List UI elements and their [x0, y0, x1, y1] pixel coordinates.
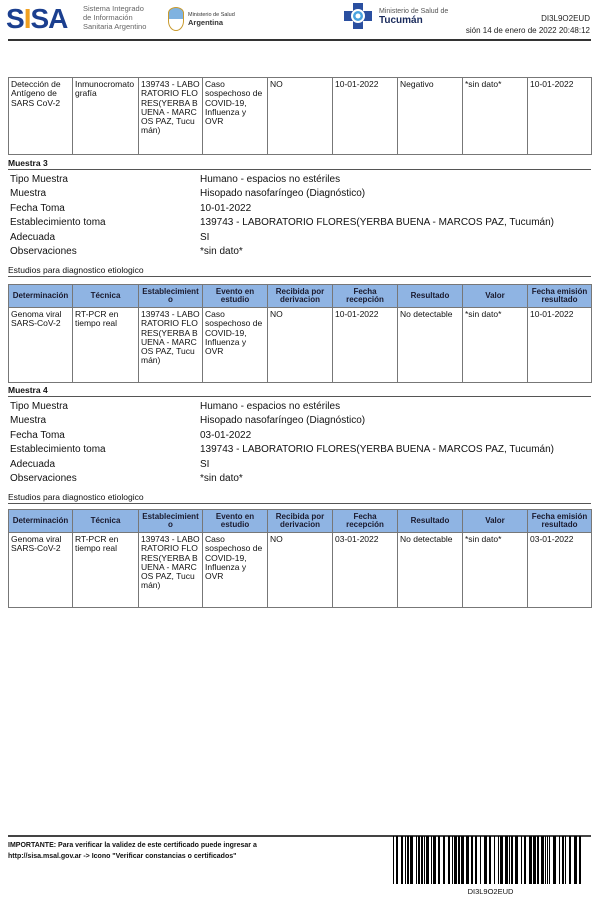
header-recibida: Recibida por derivacion: [268, 285, 333, 308]
argentina-ministry-label: Ministerio de Salud Argentina: [188, 12, 235, 28]
cell-determinacion: Detección de Antígeno de SARS CoV-2: [9, 78, 73, 155]
cell-tecnica: RT-PCR en tiempo real: [73, 533, 139, 608]
header-establecimiento: Establecimiento: [139, 285, 203, 308]
muestra-3-title: Muestra 3: [8, 158, 591, 170]
cell-establecimiento: 139743 - LABORATORIO FLORES(YERBA BUENA …: [139, 78, 203, 155]
muestra-3-studies-title: Estudios para diagnostico etiologico: [8, 265, 591, 277]
barcode: [393, 836, 588, 884]
cell-fecha-emision: 10-01-2022: [528, 308, 592, 383]
document-code: DI3L9O2EUD: [541, 14, 590, 23]
cell-establecimiento: 139743 - LABORATORIO FLORES(YERBA BUENA …: [139, 308, 203, 383]
muestra-4-studies-title: Estudios para diagnostico etiologico: [8, 492, 591, 504]
table-row: Genoma viral SARS-CoV-2 RT-PCR en tiempo…: [9, 308, 592, 383]
previous-study-table: Detección de Antígeno de SARS CoV-2 Inmu…: [8, 77, 592, 155]
detail-row: Establecimiento toma139743 - LABORATORIO…: [8, 217, 591, 231]
detail-row: Fecha Toma10-01-2022: [8, 203, 591, 217]
header-recibida: Recibida por derivacion: [268, 510, 333, 533]
header-tecnica: Técnica: [73, 510, 139, 533]
print-date: sión 14 de enero de 2022 20:48:12: [466, 26, 590, 35]
header-fecha-emision: Fecha emisión resultado: [528, 285, 592, 308]
cell-recibida: NO: [268, 308, 333, 383]
verification-url: http://sisa.msal.gov.ar -> Icono "Verifi…: [8, 851, 388, 862]
cell-establecimiento: 139743 - LABORATORIO FLORES(YERBA BUENA …: [139, 533, 203, 608]
header-fecha-emision: Fecha emisión resultado: [528, 510, 592, 533]
detail-row: AdecuadaSI: [8, 459, 591, 473]
header-resultado: Resultado: [398, 285, 463, 308]
cell-determinacion: Genoma viral SARS-CoV-2: [9, 533, 73, 608]
header-evento: Evento en estudio: [203, 510, 268, 533]
header-fecha-recepcion: Fecha recepción: [333, 285, 398, 308]
document-header: SISA Sistema Integrado de Información Sa…: [0, 0, 600, 40]
detail-row: AdecuadaSI: [8, 232, 591, 246]
muestra-4-studies-table: Determinación Técnica Establecimiento Ev…: [8, 509, 592, 608]
detail-row: Observaciones*sin dato*: [8, 246, 591, 260]
sisa-logo: SISA: [6, 5, 67, 33]
detail-row: Tipo MuestraHumano - espacios no estéril…: [8, 174, 591, 188]
tucuman-ministry-label: Ministerio de Salud de Tucumán: [379, 7, 448, 26]
table-row: Genoma viral SARS-CoV-2 RT-PCR en tiempo…: [9, 533, 592, 608]
header-fecha-recepcion: Fecha recepción: [333, 510, 398, 533]
cell-resultado: No detectable: [398, 308, 463, 383]
header-establecimiento: Establecimiento: [139, 510, 203, 533]
cell-determinacion: Genoma viral SARS-CoV-2: [9, 308, 73, 383]
tucuman-health-cross-icon: [343, 2, 373, 30]
header-resultado: Resultado: [398, 510, 463, 533]
detail-row: Fecha Toma03-01-2022: [8, 430, 591, 444]
cell-fecha-recepcion: 10-01-2022: [333, 78, 398, 155]
muestra-4-details: Tipo MuestraHumano - espacios no estéril…: [8, 401, 591, 487]
cell-recibida: NO: [268, 78, 333, 155]
cell-evento: Caso sospechoso de COVID-19, Influenza y…: [203, 533, 268, 608]
cell-fecha-emision: 03-01-2022: [528, 533, 592, 608]
cell-fecha-recepcion: 10-01-2022: [333, 308, 398, 383]
cell-tecnica: RT-PCR en tiempo real: [73, 308, 139, 383]
cell-resultado: No detectable: [398, 533, 463, 608]
header-determinacion: Determinación: [9, 510, 73, 533]
barcode-text: DI3L9O2EUD: [393, 887, 588, 896]
cell-valor: *sin dato*: [463, 308, 528, 383]
table-row: Detección de Antígeno de SARS CoV-2 Inmu…: [9, 78, 592, 155]
detail-row: Observaciones*sin dato*: [8, 473, 591, 487]
table-header-row: Determinación Técnica Establecimiento Ev…: [9, 510, 592, 533]
muestra-4-title: Muestra 4: [8, 385, 591, 397]
cell-valor: *sin dato*: [463, 78, 528, 155]
cell-valor: *sin dato*: [463, 533, 528, 608]
cell-recibida: NO: [268, 533, 333, 608]
detail-row: MuestraHisopado nasofaríngeo (Diagnóstic…: [8, 188, 591, 202]
cell-tecnica: Inmunocromatografía: [73, 78, 139, 155]
header-evento: Evento en estudio: [203, 285, 268, 308]
sisa-description: Sistema Integrado de Información Sanitar…: [83, 4, 146, 31]
header-divider: [8, 39, 591, 41]
detail-row: MuestraHisopado nasofaríngeo (Diagnóstic…: [8, 415, 591, 429]
table-header-row: Determinación Técnica Establecimiento Ev…: [9, 285, 592, 308]
cell-fecha-recepcion: 03-01-2022: [333, 533, 398, 608]
header-valor: Valor: [463, 285, 528, 308]
header-determinacion: Determinación: [9, 285, 73, 308]
cell-evento: Caso sospechoso de COVID-19, Influenza y…: [203, 78, 268, 155]
header-valor: Valor: [463, 510, 528, 533]
argentina-shield-icon: [168, 7, 184, 31]
muestra-3-studies-table: Determinación Técnica Establecimiento Ev…: [8, 284, 592, 383]
detail-row: Establecimiento toma139743 - LABORATORIO…: [8, 444, 591, 458]
header-tecnica: Técnica: [73, 285, 139, 308]
muestra-3-details: Tipo MuestraHumano - espacios no estéril…: [8, 174, 591, 260]
verification-note: IMPORTANTE: Para verificar la validez de…: [8, 840, 388, 862]
cell-evento: Caso sospechoso de COVID-19, Influenza y…: [203, 308, 268, 383]
cell-fecha-emision: 10-01-2022: [528, 78, 592, 155]
detail-row: Tipo MuestraHumano - espacios no estéril…: [8, 401, 591, 415]
cell-resultado: Negativo: [398, 78, 463, 155]
